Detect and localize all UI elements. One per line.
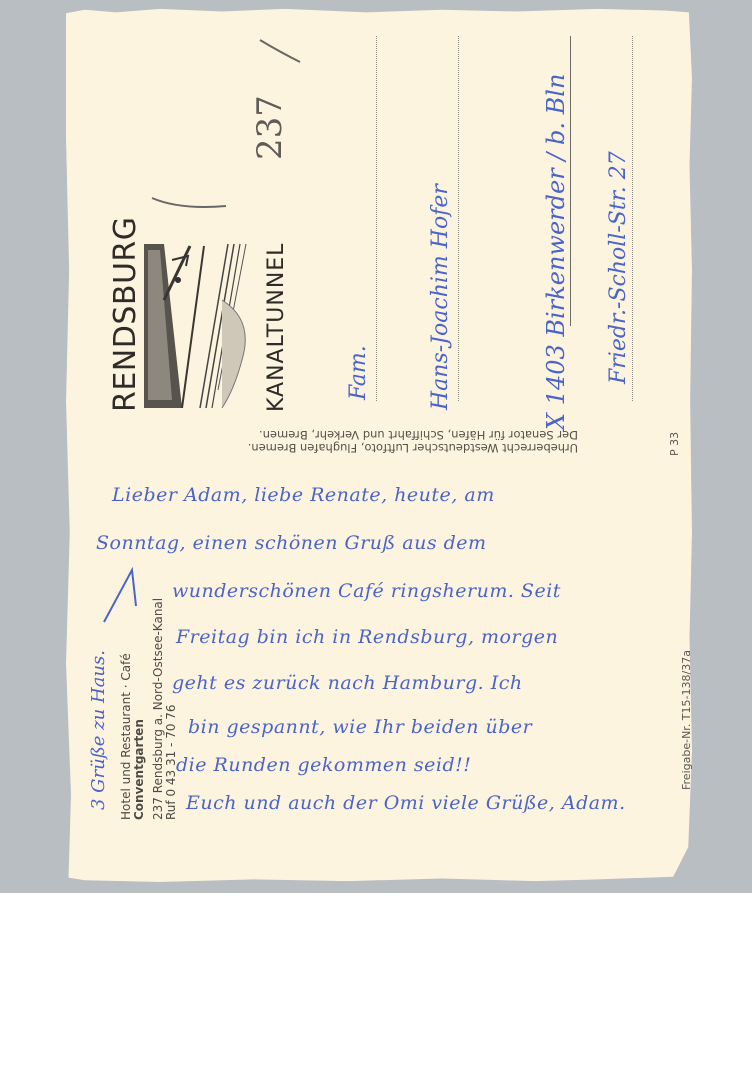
- message-line-5: geht es zurück nach Hamburg. Ich: [172, 672, 523, 694]
- pencil-strokes: [150, 30, 310, 220]
- logo-subtitle: KANALTUNNEL: [264, 243, 289, 412]
- address-line-1: [376, 36, 377, 401]
- message-line-1: Lieber Adam, liebe Renate, heute, am: [112, 484, 495, 506]
- publisher-phone: Ruf 0 43 31 - 70 76: [165, 598, 178, 820]
- address-line-2: [458, 36, 459, 401]
- address-recipient-prefix: Fam.: [346, 345, 371, 400]
- address-city: X 1403 Birkenwerder / b. Bln: [542, 74, 570, 430]
- publisher-block: Hotel und Restaurant · Café Conventgarte…: [120, 598, 178, 820]
- address-recipient-name: Hans-Joachim Hofer: [428, 184, 453, 410]
- message-line-2: Sonntag, einen schönen Gruß aus dem: [96, 532, 487, 554]
- publisher-name: Conventgarten: [133, 598, 146, 820]
- address-line-4: [632, 36, 633, 401]
- message-side-note: 3 Grüße zu Haus.: [88, 650, 109, 810]
- copyright-credit: Urheberrecht Westdeutscher Luftfoto, Flu…: [248, 441, 578, 455]
- address-street: Friedr.-Scholl-Str. 27: [606, 151, 631, 384]
- message-line-3: wunderschönen Café ringsherum. Seit: [172, 580, 561, 602]
- senator-credit: Der Senator für Häfen, Schiffahrt und Ve…: [259, 428, 578, 442]
- message-line-7: die Runden gekommen seid!!: [176, 754, 471, 776]
- address-line-3: [570, 36, 571, 326]
- message-line-6: bin gespannt, wie Ihr beiden über: [188, 716, 532, 738]
- series-code: P 33: [668, 432, 681, 456]
- canal-bridge-illustration-icon: [142, 240, 260, 412]
- message-line-4: Freitag bin ich in Rendsburg, morgen: [176, 626, 558, 648]
- release-number: Freigabe-Nr. T15-138/37a: [680, 650, 693, 790]
- logo-title: RENDSBURG: [108, 216, 143, 412]
- message-line-8: Euch und auch der Omi viele Grüße, Adam.: [186, 792, 626, 814]
